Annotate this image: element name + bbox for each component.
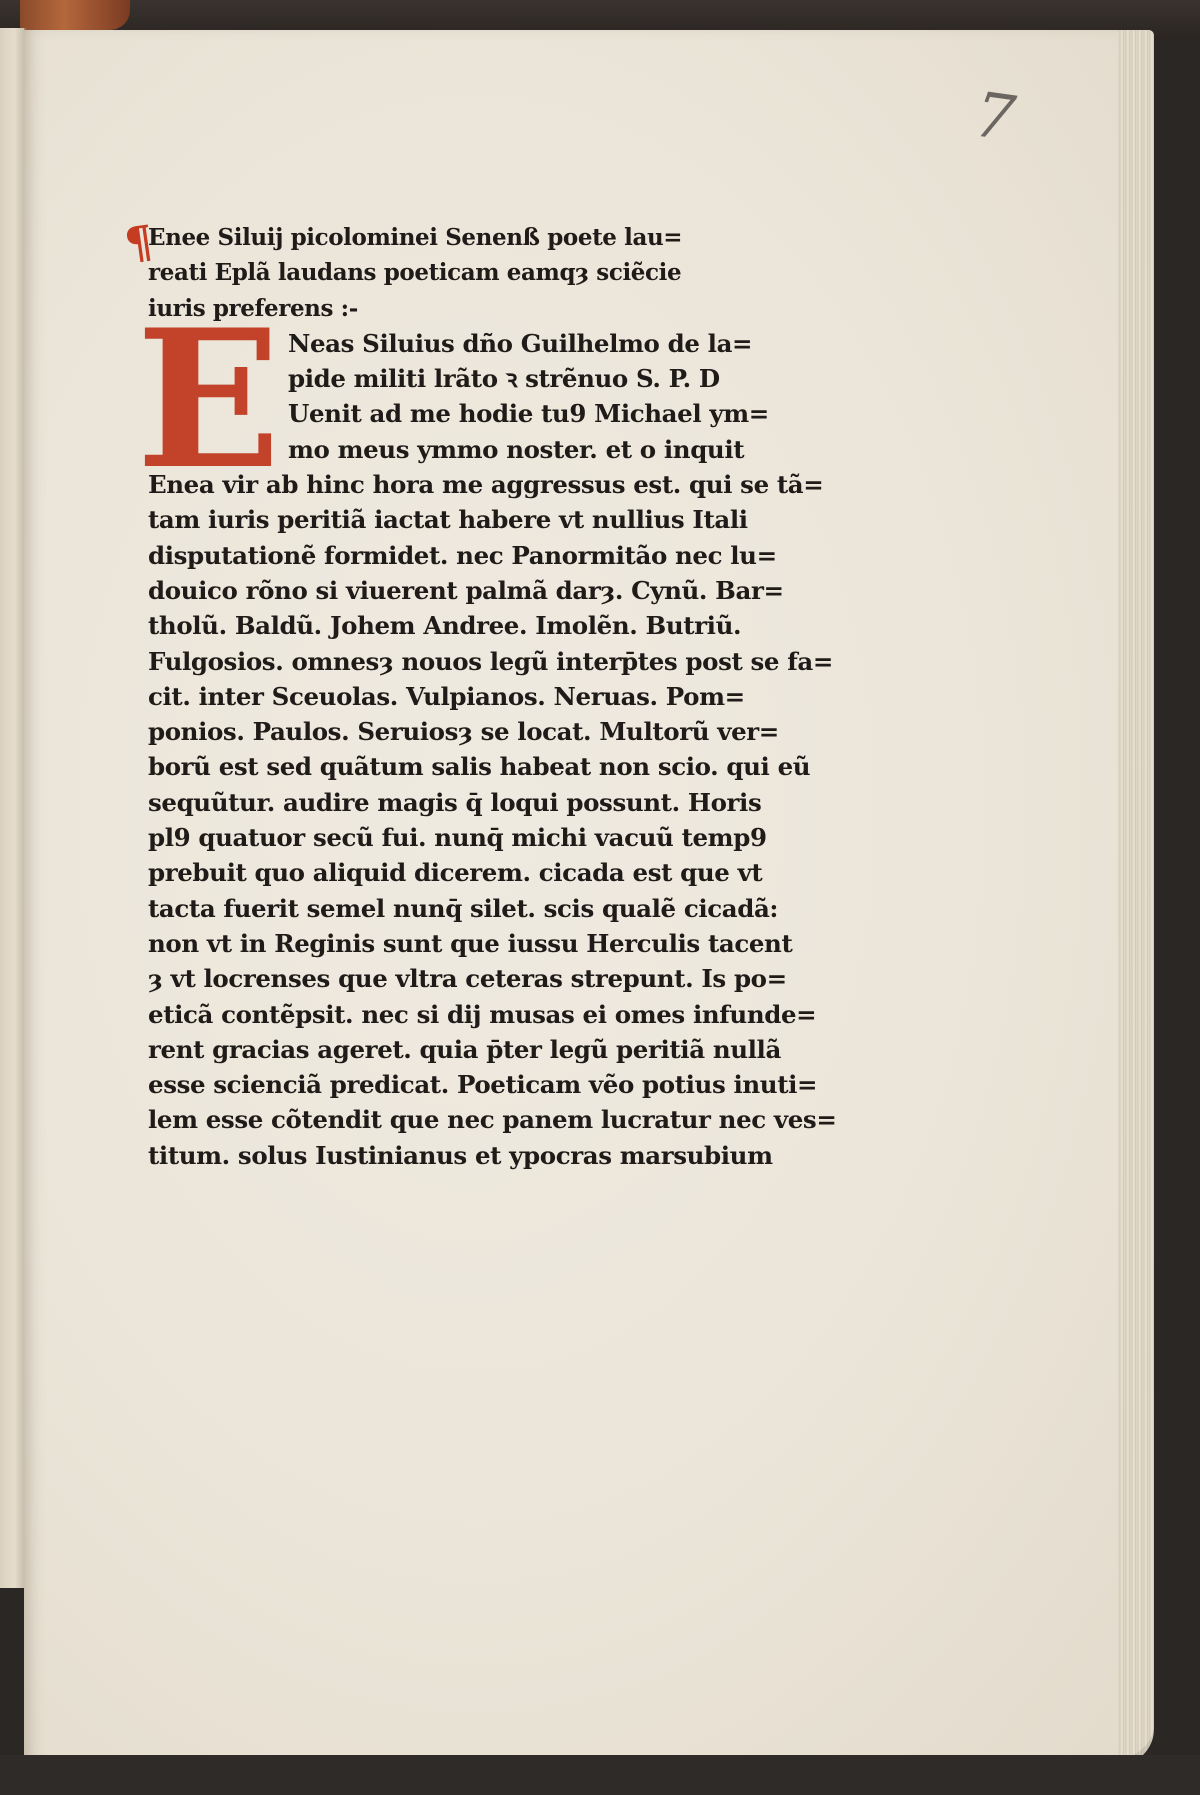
fore-edge-leaves	[1118, 30, 1154, 1765]
heading-line: Enee Siluij picolominei Senenß poete lau…	[148, 220, 838, 255]
body-line: Enea vir ab hinc hora me aggressus est. …	[148, 467, 838, 502]
body-line: sequũtur. audire magis q̄ loqui possunt.…	[148, 785, 838, 820]
body-line: douico rõno si viuerent palmã darȝ. Cynũ…	[148, 573, 838, 608]
body-line: lem esse cõtendit que nec panem lucratur…	[148, 1102, 838, 1137]
body-line: pide militi lrãto ꝛ strẽnuo S. P. D	[148, 361, 838, 396]
text-column: Enee Siluij picolominei Senenß poete lau…	[148, 220, 838, 1173]
body-line: Neas Siluius dño Guilhelmo de la=	[148, 326, 838, 361]
body-line: borũ est sed quãtum salis habeat non sci…	[148, 749, 838, 784]
body-line: tholũ. Baldũ. Johem Andree. Imolẽn. Butr…	[148, 608, 838, 643]
body-line: disputationẽ formidet. nec Panormitão ne…	[148, 538, 838, 573]
heading-line: iuris preferens :-	[148, 291, 838, 326]
body-line: mo meus ymmo noster. et o inquit	[148, 432, 838, 467]
body-line: rent gracias ageret. quia p̄ter legũ per…	[148, 1032, 838, 1067]
body-line: Uenit ad me hodie tu9 Michael ym=	[148, 396, 838, 431]
body-line: cit. inter Sceuolas. Vulpianos. Neruas. …	[148, 679, 838, 714]
body-line: eticã contẽpsit. nec si dij musas ei ome…	[148, 997, 838, 1032]
book-cover-bottom	[0, 1755, 1200, 1795]
body-line: non vt in Reginis sunt que iussu Herculi…	[148, 926, 838, 961]
body-line: ȝ vt locrenses que vltra ceteras strepun…	[148, 961, 838, 996]
body-line: tacta fuerit semel nunq̄ silet. scis qua…	[148, 891, 838, 926]
heading-line: reati Eplã laudans poeticam eamqȝ sciẽci…	[148, 255, 838, 290]
body-line: pl9 quatuor secũ fui. nunq̄ michi vacuũ …	[148, 820, 838, 855]
body-line: Fulgosios. omnesȝ nouos legũ interp̄tes …	[148, 644, 838, 679]
leather-spine-fragment	[20, 0, 130, 30]
body-line: ponios. Paulos. Seruiosȝ se locat. Multo…	[148, 714, 838, 749]
body-line: tam iuris peritiã iactat habere vt nulli…	[148, 502, 838, 537]
facing-page-edge	[0, 28, 26, 1588]
body-line: prebuit quo aliquid dicerem. cicada est …	[148, 855, 838, 890]
body-line: titum. solus Iustinianus et ypocras mars…	[148, 1138, 838, 1173]
body-line: esse scienciã predicat. Poeticam vẽo pot…	[148, 1067, 838, 1102]
